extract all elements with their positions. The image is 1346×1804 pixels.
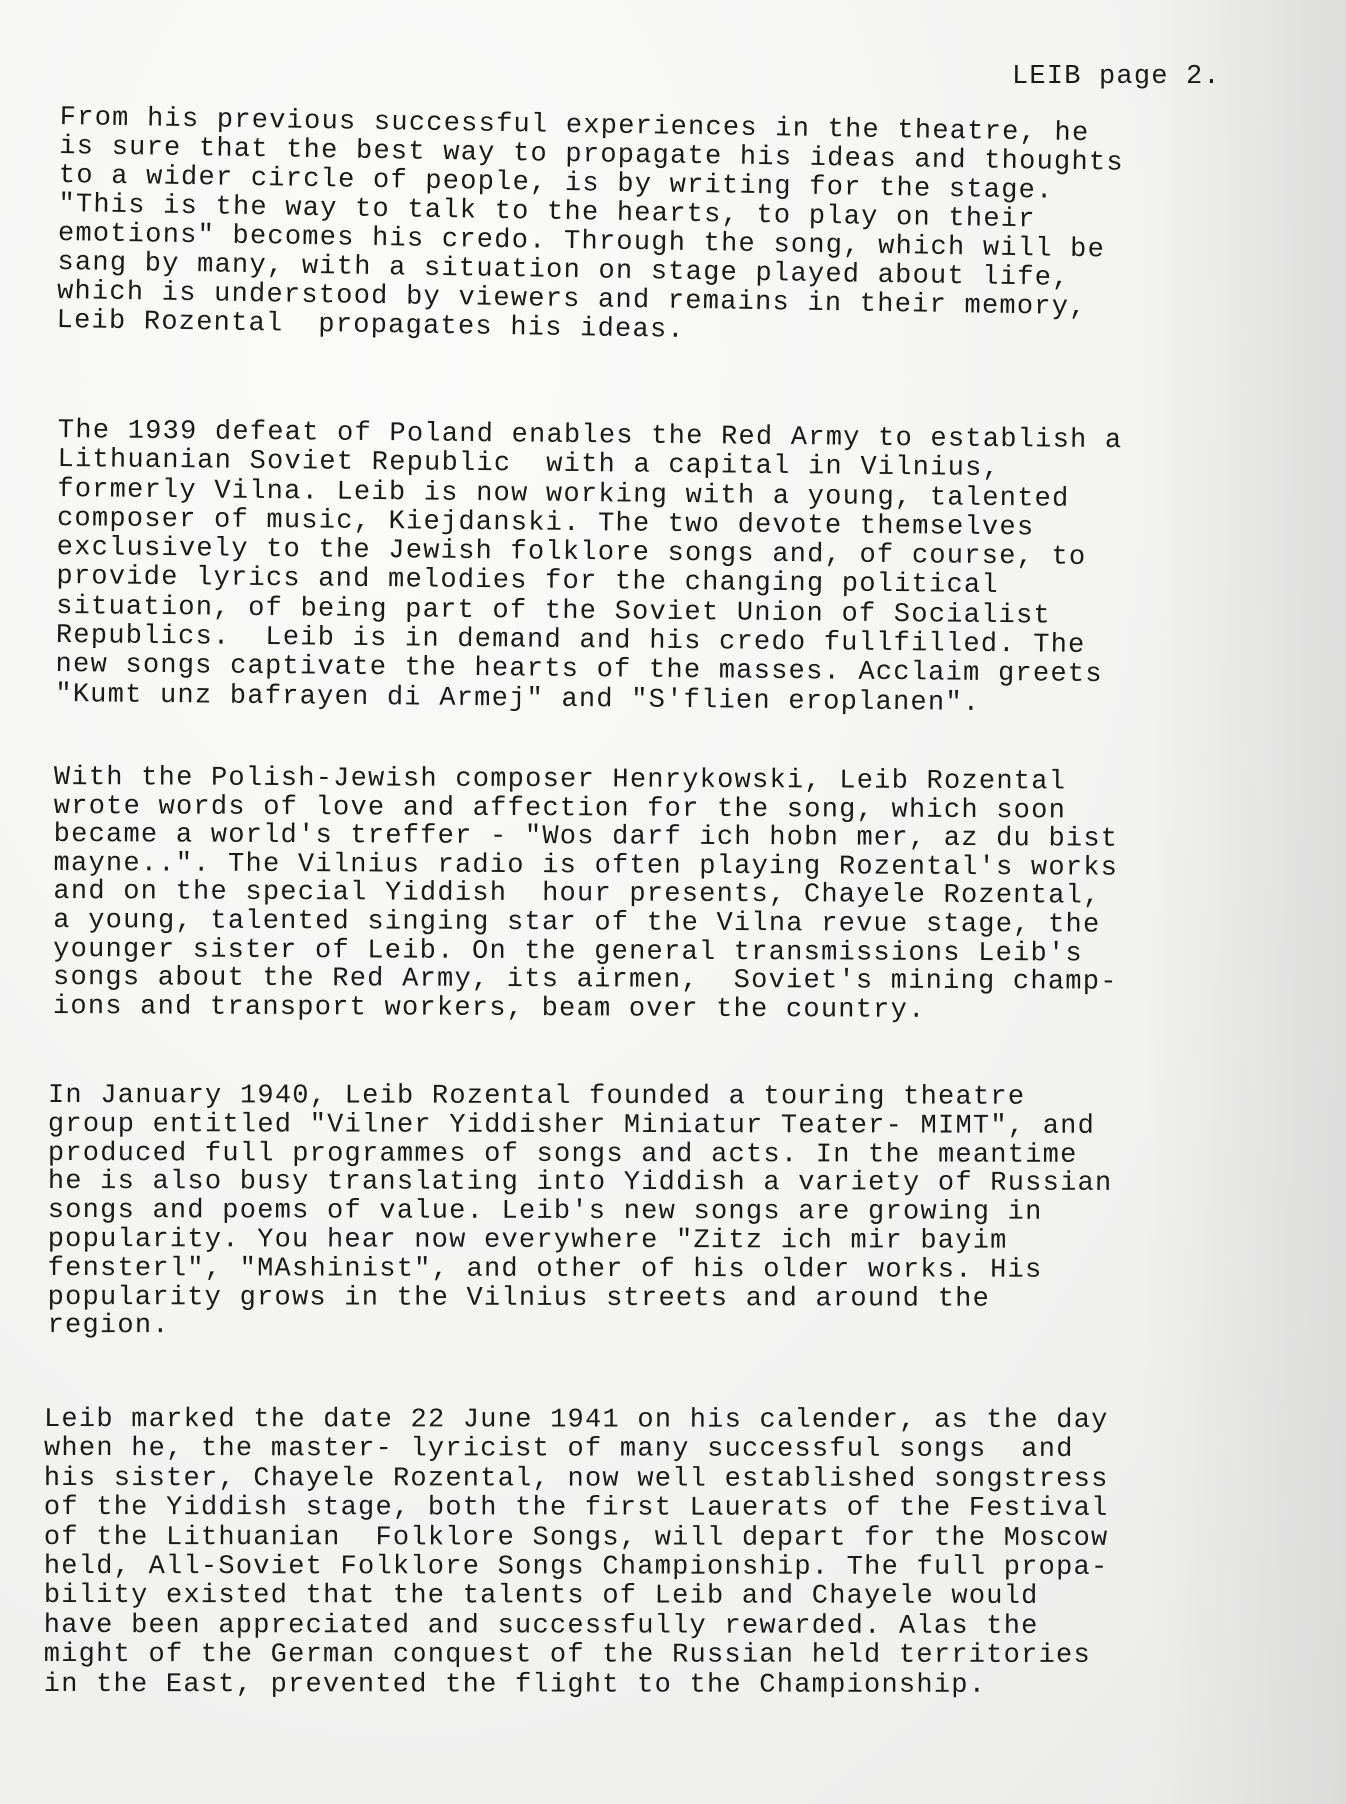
text-line: popularity grows in the Vilnius streets … — [48, 1284, 1113, 1315]
text-line: popularity. You hear now everywhere "Zit… — [48, 1226, 1113, 1257]
paragraph-5: Leib marked the date 22 June 1941 on his… — [44, 1406, 1109, 1701]
text-line: of the Yiddish stage, both the first Lau… — [44, 1494, 1109, 1524]
text-line: In January 1940, Leib Rozental founded a… — [48, 1082, 1113, 1113]
page-header: LEIB page 2. — [1012, 62, 1221, 92]
text-line: might of the German conquest of the Russ… — [44, 1641, 1109, 1671]
paragraph-1: From his previous successful experiences… — [56, 104, 1124, 353]
paragraph-3: With the Polish-Jewish composer Henrykow… — [53, 764, 1119, 1026]
paragraph-2: The 1939 defeat of Poland enables the Re… — [55, 417, 1122, 720]
typewritten-page: LEIB page 2. From his previous successfu… — [0, 0, 1346, 1804]
text-line: Leib marked the date 22 June 1941 on his… — [44, 1406, 1109, 1436]
text-line: ions and transport workers, beam over th… — [53, 993, 1118, 1026]
text-line: held, All-Soviet Folklore Songs Champion… — [44, 1553, 1109, 1583]
text-line: in the East, prevented the flight to the… — [44, 1671, 1109, 1701]
text-line: when he, the master- lyricist of many su… — [44, 1435, 1109, 1465]
text-line: region. — [48, 1312, 1113, 1343]
text-line: bility existed that the talents of Leib … — [44, 1582, 1109, 1612]
text-line: group entitled "Vilner Yiddisher Miniatu… — [48, 1111, 1113, 1142]
text-line: of the Lithuanian Folklore Songs, will d… — [44, 1524, 1109, 1554]
text-line: fensterl", "MAshinist", and other of his… — [48, 1255, 1113, 1286]
text-line: his sister, Chayele Rozental, now well e… — [44, 1465, 1109, 1495]
paragraph-4: In January 1940, Leib Rozental founded a… — [48, 1082, 1113, 1343]
text-line: have been appreciated and successfully r… — [44, 1612, 1109, 1642]
text-line: produced full programmes of songs and ac… — [48, 1140, 1113, 1171]
text-line: he is also busy translating into Yiddish… — [48, 1168, 1113, 1199]
text-line: songs and poems of value. Leib's new son… — [48, 1197, 1113, 1228]
